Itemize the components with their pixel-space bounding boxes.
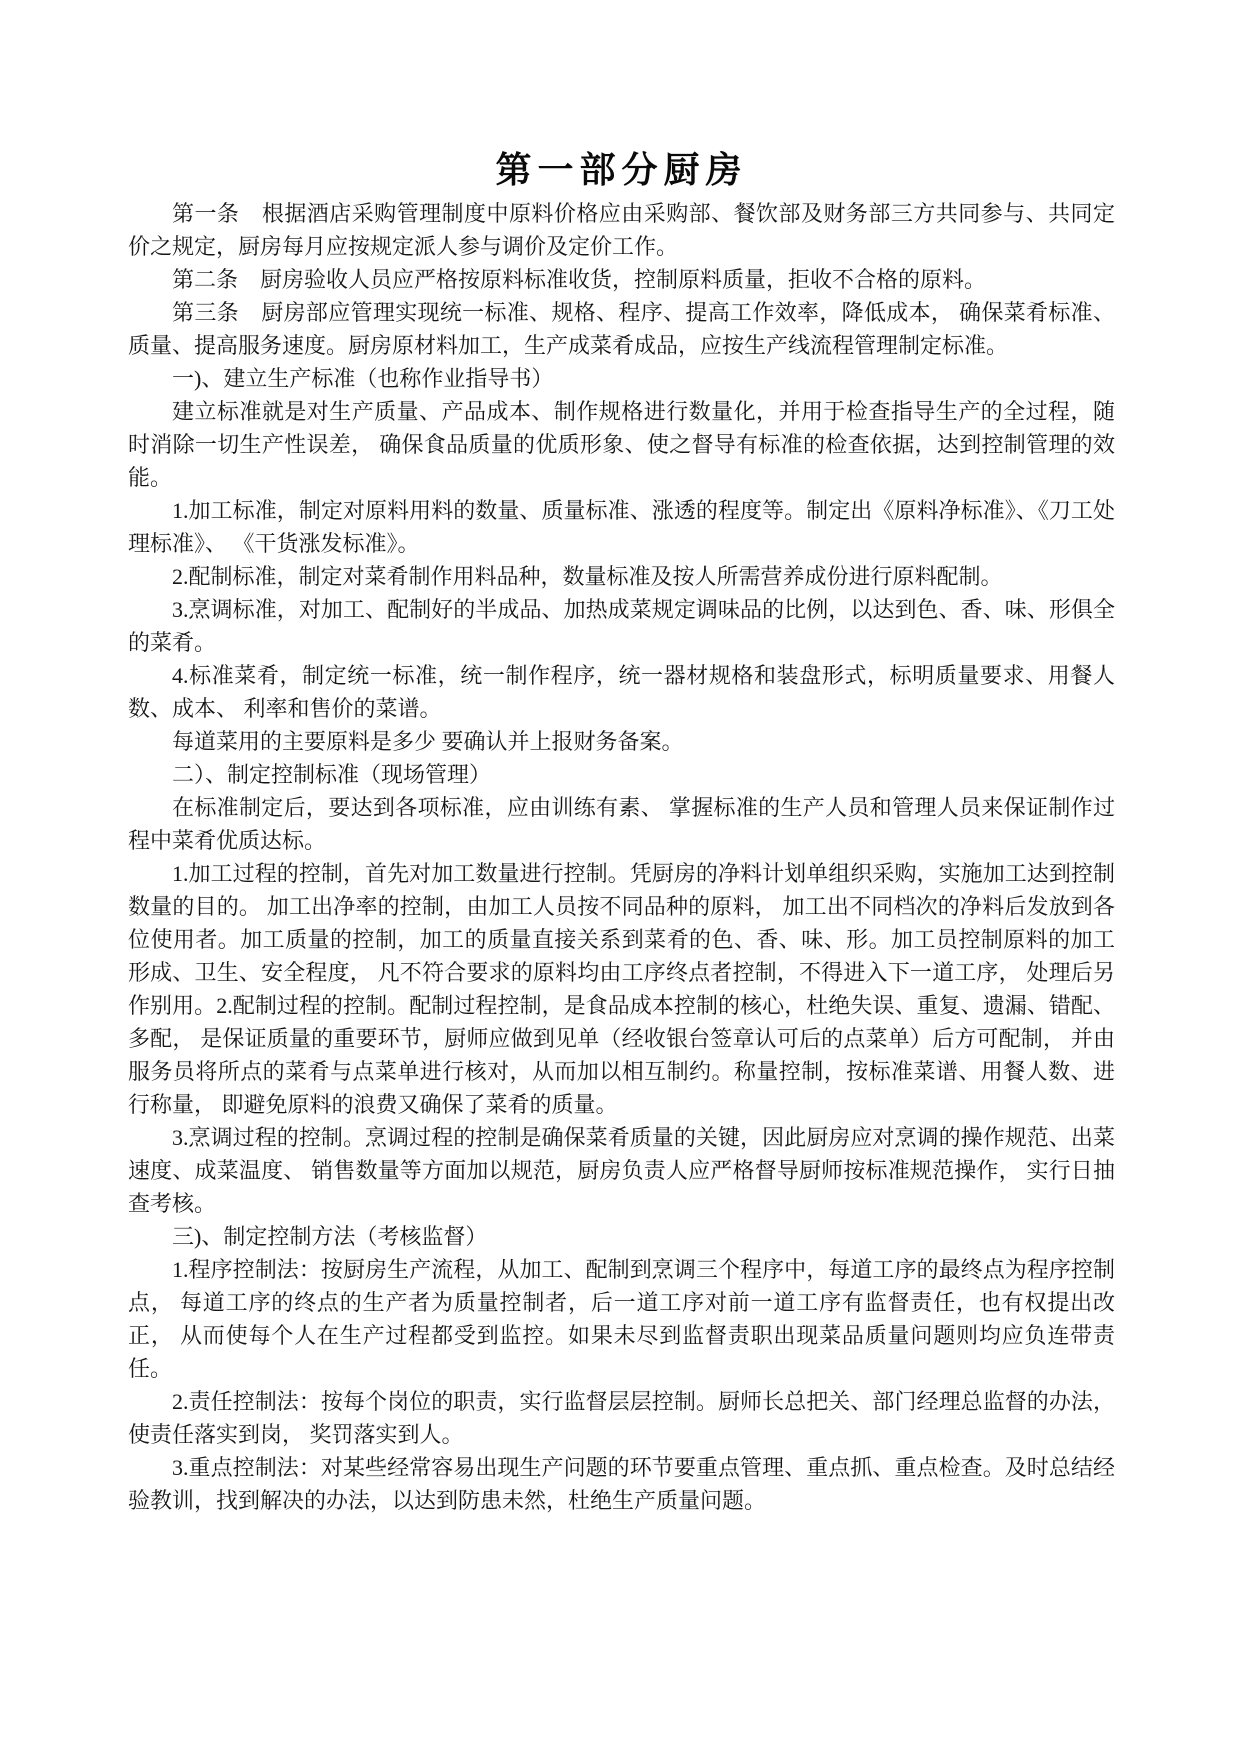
paragraph-section-2-intro: 在标准制定后，要达到各项标准，应由训练有素、 掌握标准的生产人员和管理人员来保证… (128, 791, 1115, 857)
paragraph-process-control-3: 3.烹调过程的控制。烹调过程的控制是确保菜肴质量的关键，因此厨房应对烹调的操作规… (128, 1121, 1115, 1220)
paragraph-method-2: 2.责任控制法：按每个岗位的职责，实行监督层层控制。厨师长总把关、部门经理总监督… (128, 1385, 1115, 1451)
paragraph-article-1: 第一条 根据酒店采购管理制度中原料价格应由采购部、餐饮部及财务部三方共同参与、共… (128, 197, 1115, 263)
paragraph-standard-1: 1.加工标准，制定对原料用料的数量、质量标准、涨透的程度等。制定出《原料净标准》… (128, 494, 1115, 560)
document-viewport: { "document": { "title": "第一部分厨房", "para… (0, 0, 1241, 1754)
heading-section-1: 一)、建立生产标准（也称作业指导书） (128, 362, 1115, 395)
paragraph-ingredient-note: 每道菜用的主要原料是多少 要确认并上报财务备案。 (128, 725, 1115, 758)
paragraph-article-3: 第三条 厨房部应管理实现统一标准、规格、程序、提高工作效率，降低成本， 确保菜肴… (128, 296, 1115, 362)
paragraph-method-3: 3.重点控制法：对某些经常容易出现生产问题的环节要重点管理、重点抓、重点检查。及… (128, 1451, 1115, 1517)
paragraph-article-2: 第二条 厨房验收人员应严格按原料标准收货，控制原料质量，拒收不合格的原料。 (128, 263, 1115, 296)
document-page: 第一部分厨房 第一条 根据酒店采购管理制度中原料价格应由采购部、餐饮部及财务部三… (0, 0, 1241, 1754)
paragraph-standard-3: 3.烹调标准，对加工、配制好的半成品、加热成菜规定调味品的比例，以达到色、香、味… (128, 593, 1115, 659)
paragraph-standard-2: 2.配制标准，制定对菜肴制作用料品种，数量标准及按人所需营养成份进行原料配制。 (128, 560, 1115, 593)
paragraph-section-1-intro: 建立标准就是对生产质量、产品成本、制作规格进行数量化，并用于检查指导生产的全过程… (128, 395, 1115, 494)
heading-section-3: 三)、制定控制方法（考核监督） (128, 1220, 1115, 1253)
document-body: 第一条 根据酒店采购管理制度中原料价格应由采购部、餐饮部及财务部三方共同参与、共… (128, 197, 1115, 1517)
paragraph-standard-4: 4.标准菜肴，制定统一标准，统一制作程序，统一器材规格和装盘形式，标明质量要求、… (128, 659, 1115, 725)
document-title: 第一部分厨房 (128, 148, 1115, 192)
heading-section-2: 二）、制定控制标准（现场管理） (128, 758, 1115, 791)
paragraph-method-1: 1.程序控制法：按厨房生产流程，从加工、配制到烹调三个程序中，每道工序的最终点为… (128, 1253, 1115, 1385)
paragraph-process-control-1-2: 1.加工过程的控制，首先对加工数量进行控制。凭厨房的净料计划单组织采购，实施加工… (128, 857, 1115, 1121)
